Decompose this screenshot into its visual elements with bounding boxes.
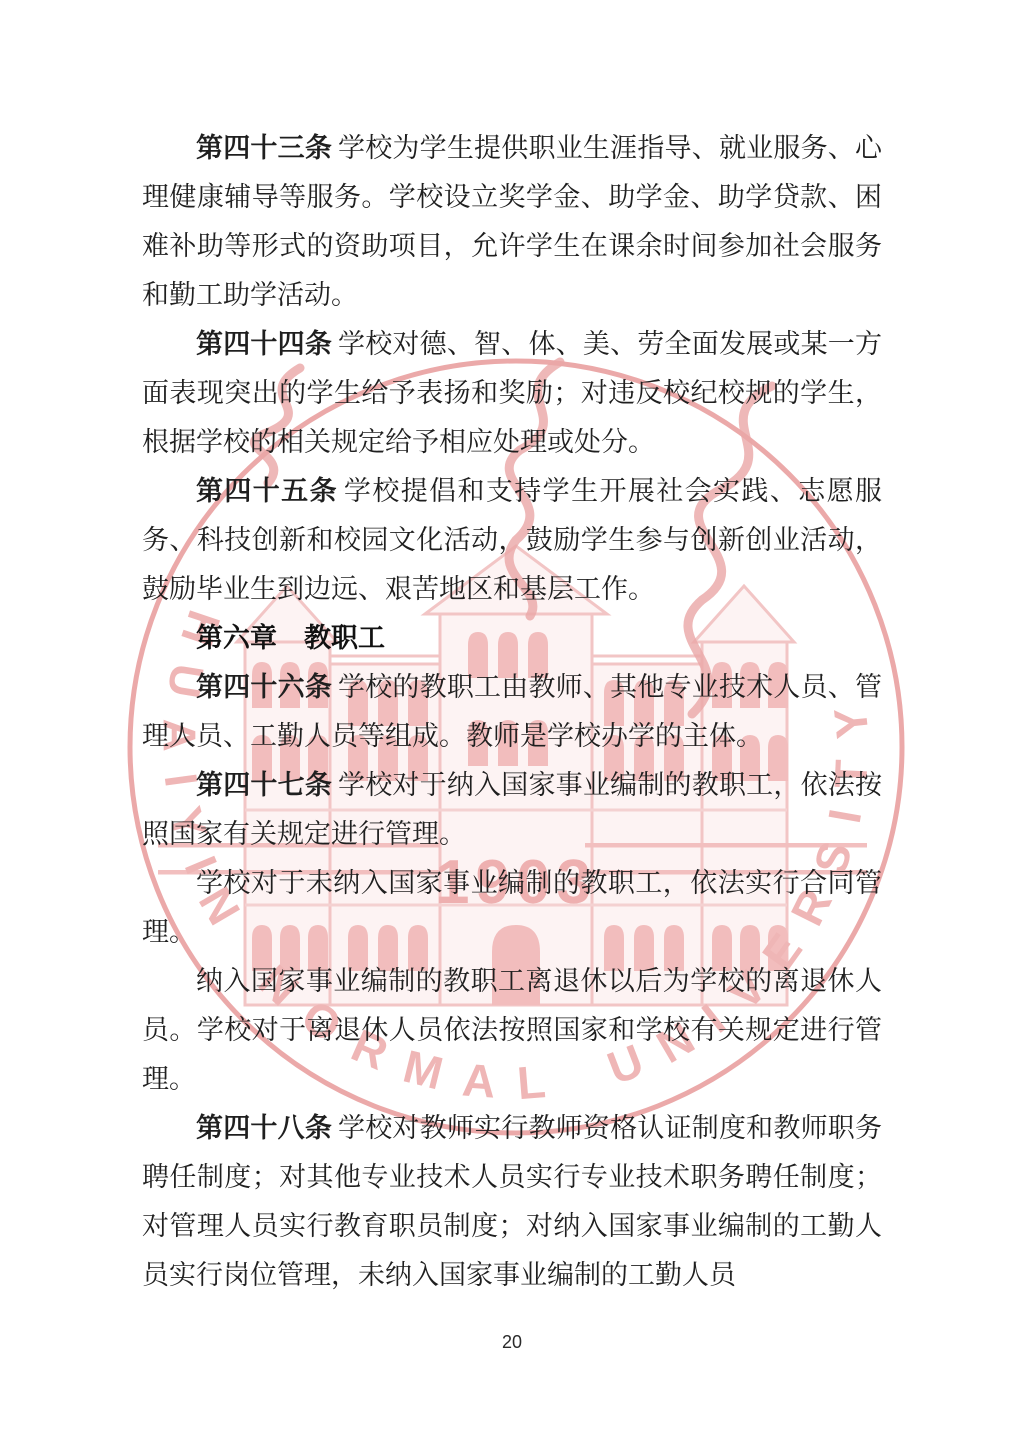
article-48-paragraph: 第四十八条学校对教师实行教师资格认证制度和教师职务聘任制度；对其他专业技术人员实…	[142, 1104, 882, 1300]
document-page: 1903 HUAIYIN NORMAL UNIVERSITY 第四十三条学校为学…	[0, 0, 1024, 1447]
article-43-lead: 第四十三条	[196, 133, 332, 163]
article-47-continuation-2: 纳入国家事业编制的教职工离退休以后为学校的离退休人员。学校对于离退休人员依法按照…	[142, 957, 882, 1104]
article-44-lead: 第四十四条	[196, 329, 332, 359]
article-44-paragraph: 第四十四条学校对德、智、体、美、劳全面发展或某一方面表现突出的学生给予表扬和奖励…	[142, 320, 882, 467]
article-47-continuation-1: 学校对于未纳入国家事业编制的教职工，依法实行合同管理。	[142, 859, 882, 957]
article-43-paragraph: 第四十三条学校为学生提供职业生涯指导、就业服务、心理健康辅导等服务。学校设立奖学…	[142, 124, 882, 320]
article-47-lead: 第四十七条	[196, 770, 332, 800]
article-45-paragraph: 第四十五条学校提倡和支持学生开展社会实践、志愿服务、科技创新和校园文化活动，鼓励…	[142, 467, 882, 614]
article-46-paragraph: 第四十六条学校的教职工由教师、其他专业技术人员、管理人员、工勤人员等组成。教师是…	[142, 663, 882, 761]
chapter-heading: 第六章 教职工	[142, 614, 882, 663]
article-46-lead: 第四十六条	[196, 672, 332, 702]
article-45-lead: 第四十五条	[196, 476, 338, 506]
article-47-paragraph: 第四十七条学校对于纳入国家事业编制的教职工，依法按照国家有关规定进行管理。	[142, 761, 882, 859]
document-body: 第四十三条学校为学生提供职业生涯指导、就业服务、心理健康辅导等服务。学校设立奖学…	[142, 124, 882, 1300]
article-48-lead: 第四十八条	[196, 1113, 332, 1143]
article-47-continuation-1-text: 学校对于未纳入国家事业编制的教职工，依法实行合同管理。	[142, 868, 882, 947]
page-number: 20	[0, 1332, 1024, 1353]
article-47-continuation-2-text: 纳入国家事业编制的教职工离退休以后为学校的离退休人员。学校对于离退休人员依法按照…	[142, 966, 882, 1094]
